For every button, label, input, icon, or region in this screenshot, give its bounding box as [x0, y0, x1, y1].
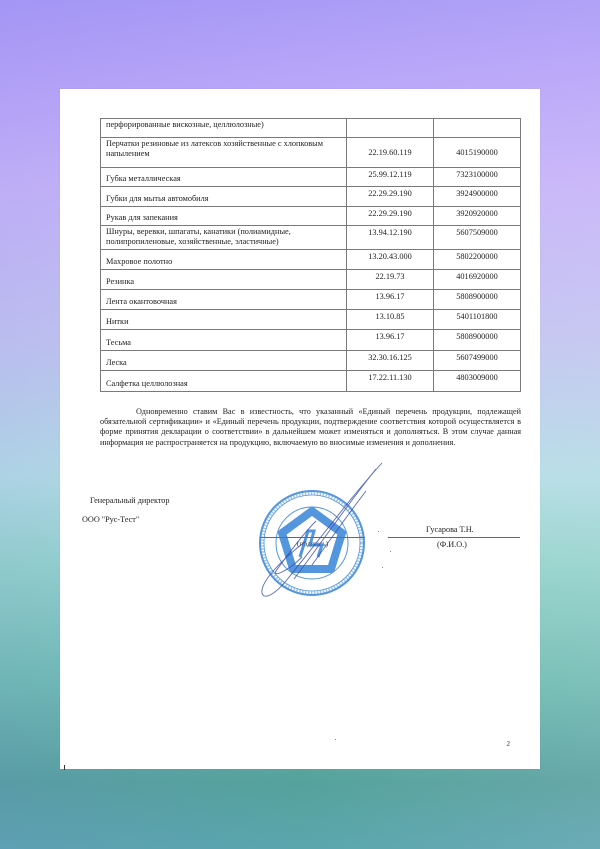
okpd-code-cell: 22.19.73: [347, 270, 434, 290]
document-page: перфорированные вискозные, целлюлозные)П…: [60, 89, 540, 769]
tnved-code-cell: 3924900000: [434, 187, 521, 207]
okpd-code-cell: 22.29.29.190: [347, 207, 434, 226]
tnved-code-cell: 5607509000: [434, 226, 521, 250]
table-row: Лента окантовочная13.96.175808900000: [101, 290, 521, 310]
okpd-code-cell: 17.22.11.130: [347, 371, 434, 392]
signer-position: Генеральный директор: [90, 496, 170, 505]
okpd-code-cell: 13.96.17: [347, 290, 434, 310]
okpd-code-cell: 25.99.12.119: [347, 168, 434, 187]
product-table: перфорированные вискозные, целлюлозные)П…: [100, 118, 521, 392]
company-stamp: [256, 487, 368, 599]
okpd-code-cell: 22.29.29.190: [347, 187, 434, 207]
okpd-code-cell: 22.19.60.119: [347, 138, 434, 168]
table-row: Леска32.30.16.1255607499000: [101, 351, 521, 371]
okpd-code-cell: 13.94.12.190: [347, 226, 434, 250]
signer-name: Гусарова Т.Н.: [426, 525, 474, 534]
scan-mark: [64, 765, 65, 770]
product-name-cell: Махровое полотно: [101, 250, 347, 270]
table-row: Махровое полотно13.20.43.0005802200000: [101, 250, 521, 270]
okpd-code-cell: 32.30.16.125: [347, 351, 434, 371]
product-name-cell: Губка металлическая: [101, 168, 347, 187]
table-row: Губки для мытья автомобиля22.29.29.19039…: [101, 187, 521, 207]
table-row: Резинка22.19.734016920000: [101, 270, 521, 290]
table-row: Шнуры, веревки, шпагаты, канатики (полиа…: [101, 226, 521, 250]
signer-organization: ООО "Рус-Тест": [82, 515, 139, 524]
table-row: перфорированные вискозные, целлюлозные): [101, 119, 521, 138]
product-name-cell: Нитки: [101, 310, 347, 330]
okpd-code-cell: 13.10.85: [347, 310, 434, 330]
product-name-cell: Леска: [101, 351, 347, 371]
product-name-cell: Рукав для запекания: [101, 207, 347, 226]
tnved-code-cell: 4016920000: [434, 270, 521, 290]
table-row: Тесьма13.96.175808900000: [101, 330, 521, 351]
tnved-code-cell: 5607499000: [434, 351, 521, 371]
tnved-code-cell: 5808900000: [434, 290, 521, 310]
product-name-cell: Перчатки резиновые из латексов хозяйстве…: [101, 138, 347, 168]
table-row: Губка металлическая25.99.12.119732310000…: [101, 168, 521, 187]
table-row: Салфетка целлюлозная17.22.11.13048030090…: [101, 371, 521, 392]
product-name-cell: Губки для мытья автомобиля: [101, 187, 347, 207]
product-name-cell: Шнуры, веревки, шпагаты, канатики (полиа…: [101, 226, 347, 250]
name-line: [388, 537, 520, 538]
product-name-cell: Салфетка целлюлозная: [101, 371, 347, 392]
tnved-code-cell: 5808900000: [434, 330, 521, 351]
notice-paragraph: Одновременно ставим Вас в известность, ч…: [100, 407, 521, 448]
table-row: Перчатки резиновые из латексов хозяйстве…: [101, 138, 521, 168]
tnved-code-cell: 5802200000: [434, 250, 521, 270]
scan-speck: [335, 739, 336, 740]
scan-speck: [378, 531, 379, 532]
tnved-code-cell: 4015190000: [434, 138, 521, 168]
table-row: Нитки13.10.855401101800: [101, 310, 521, 330]
tnved-code-cell: 5401101800: [434, 310, 521, 330]
okpd-code-cell: 13.20.43.000: [347, 250, 434, 270]
tnved-code-cell: 7323100000: [434, 168, 521, 187]
tnved-code-cell: 3920920000: [434, 207, 521, 226]
page-number: 2: [507, 740, 511, 748]
product-name-cell: перфорированные вискозные, целлюлозные): [101, 119, 347, 138]
scan-speck: [390, 551, 391, 552]
name-caption: (Ф.И.О.): [437, 540, 467, 549]
product-table-body: перфорированные вискозные, целлюлозные)П…: [101, 119, 521, 392]
product-name-cell: Тесьма: [101, 330, 347, 351]
table-row: Рукав для запекания22.29.29.190392092000…: [101, 207, 521, 226]
okpd-code-cell: 13.96.17: [347, 330, 434, 351]
product-name-cell: Резинка: [101, 270, 347, 290]
okpd-code-cell: [347, 119, 434, 138]
tnved-code-cell: [434, 119, 521, 138]
product-name-cell: Лента окантовочная: [101, 290, 347, 310]
tnved-code-cell: 4803009000: [434, 371, 521, 392]
scan-speck: [382, 567, 383, 568]
